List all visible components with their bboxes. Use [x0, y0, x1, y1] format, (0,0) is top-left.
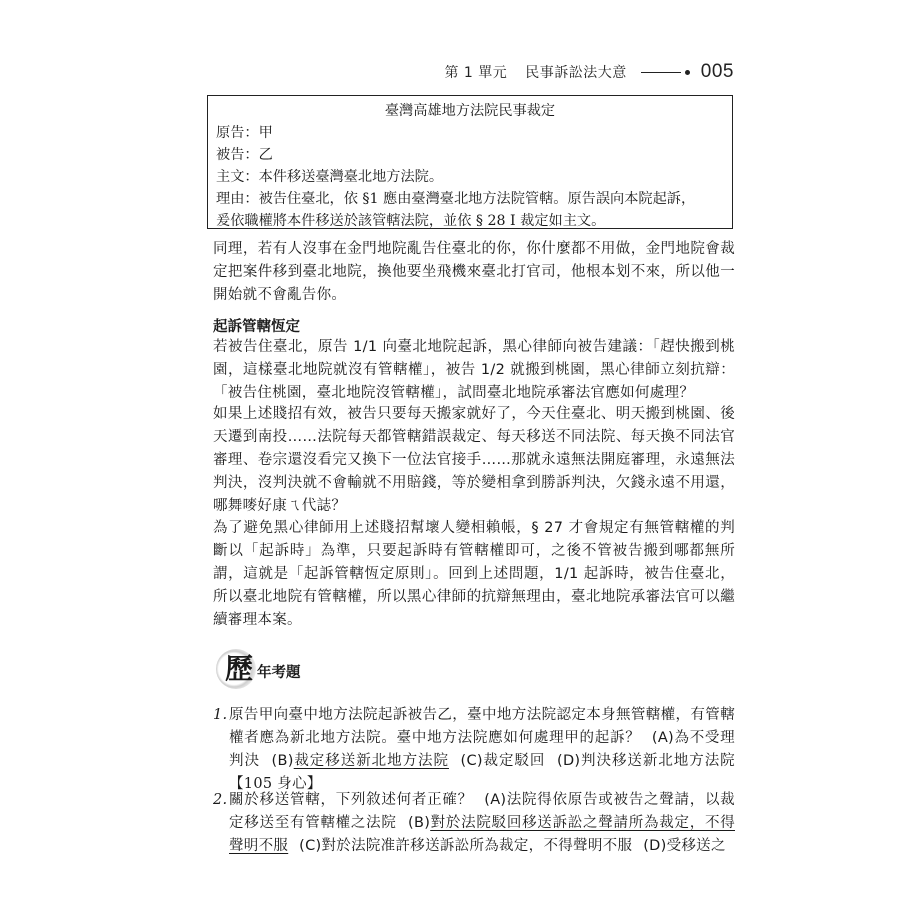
option-d: (D)判決移送新北地方法院	[557, 753, 735, 769]
exam-question-2: 2. 關於移送管轄，下列敘述何者正確？ (A)法院得依原告或被告之聲請，以裁定移…	[213, 789, 735, 858]
chapter-title: 民事訴訟法大意	[525, 62, 627, 82]
unit-label: 第 1 單元	[444, 62, 507, 82]
paragraph-text: 若被告住臺北，原告 1/1 向臺北地院起訴，黑心律師向被告建議：「趕快搬到桃園，…	[213, 336, 735, 405]
page-number: 005	[701, 61, 734, 83]
section-heading: 起訴管轄恆定	[213, 315, 300, 336]
question-number: 1.	[213, 704, 227, 727]
ruling-defendant: 被告：乙	[216, 144, 724, 166]
paragraph-text: 如果上述賤招有效，被告只要每天搬家就好了，今天住臺北、明天搬到桃園、後天遷到南投…	[213, 403, 735, 518]
paragraph-text: 同理，若有人沒事在金門地院亂告住臺北的你，你什麼都不用做，金門地院會裁定把案件移…	[213, 238, 735, 307]
heading-text: 年考題	[257, 661, 301, 682]
option-label: (B)	[272, 753, 294, 769]
court-ruling-box: 臺灣高雄地方法院民事裁定 原告：甲 被告：乙 主文：本件移送臺灣臺北地方法院。 …	[207, 95, 733, 229]
paragraph-analogy: 同理，若有人沒事在金門地院亂告住臺北的你，你什麼都不用做，金門地院會裁定把案件移…	[213, 238, 735, 307]
paragraph-text: 為了避免黑心律師用上述賤招幫壞人變相賴帳，§ 27 才會規定有無管轄權的判斷以「…	[213, 517, 735, 632]
paragraph-scenario: 若被告住臺北，原告 1/1 向臺北地院起訴，黑心律師向被告建議：「趕快搬到桃園，…	[213, 336, 735, 405]
badge-char: 歷	[225, 655, 253, 683]
option-b: (B)裁定移送新北地方法院	[272, 753, 449, 769]
book-page: 第 1 單元 民事訴訟法大意 005 臺灣高雄地方法院民事裁定 原告：甲 被告：…	[0, 0, 900, 900]
option-c: (C)裁定駁回	[461, 753, 546, 769]
option-c: (C)對於法院准許移送訴訟所為裁定，不得聲明不服	[299, 838, 632, 854]
ruling-title: 臺灣高雄地方法院民事裁定	[216, 100, 724, 122]
question-number: 2.	[213, 789, 227, 812]
question-body: 關於移送管轄，下列敘述何者正確？ (A)法院得依原告或被告之聲請，以裁定移送至有…	[229, 789, 735, 858]
ruling-plaintiff: 原告：甲	[216, 122, 724, 144]
paragraph-principle: 為了避免黑心律師用上述賤招幫壞人變相賴帳，§ 27 才會規定有無管轄權的判斷以「…	[213, 517, 735, 632]
header-rule	[641, 72, 681, 73]
ruling-reason-line-2: 爰依職權將本件移送於該管轄法院，並依 § 28 I 裁定如主文。	[216, 210, 724, 232]
bullet-dot-icon	[685, 70, 690, 75]
question-body: 原告甲向臺中地方法院起訴被告乙，臺中地方法院認定本身無管轄權，有管轄權者應為新北…	[229, 704, 735, 796]
option-label: (B)	[408, 815, 430, 831]
question-stem: 關於移送管轄，下列敘述何者正確？	[229, 792, 473, 808]
ruling-reason-line-1: 理由：被告住臺北，依 §1 應由臺灣臺北地方法院管轄。原告誤向本院起訴，	[216, 188, 724, 210]
paragraph-consequence: 如果上述賤招有效，被告只要每天搬家就好了，今天住臺北、明天搬到桃園、後天遷到南投…	[213, 403, 735, 518]
ruling-main-text: 主文：本件移送臺灣臺北地方法院。	[216, 166, 724, 188]
exam-badge-icon: 歷	[216, 649, 256, 689]
running-header: 第 1 單元 民事訴訟法大意 005	[444, 60, 734, 84]
correct-answer: 裁定移送新北地方法院	[294, 753, 449, 769]
past-exams-heading: 歷 年考題	[216, 647, 301, 691]
exam-question-1: 1. 原告甲向臺中地方法院起訴被告乙，臺中地方法院認定本身無管轄權，有管轄權者應…	[213, 704, 735, 796]
option-d: (D)受移送之	[643, 838, 726, 854]
